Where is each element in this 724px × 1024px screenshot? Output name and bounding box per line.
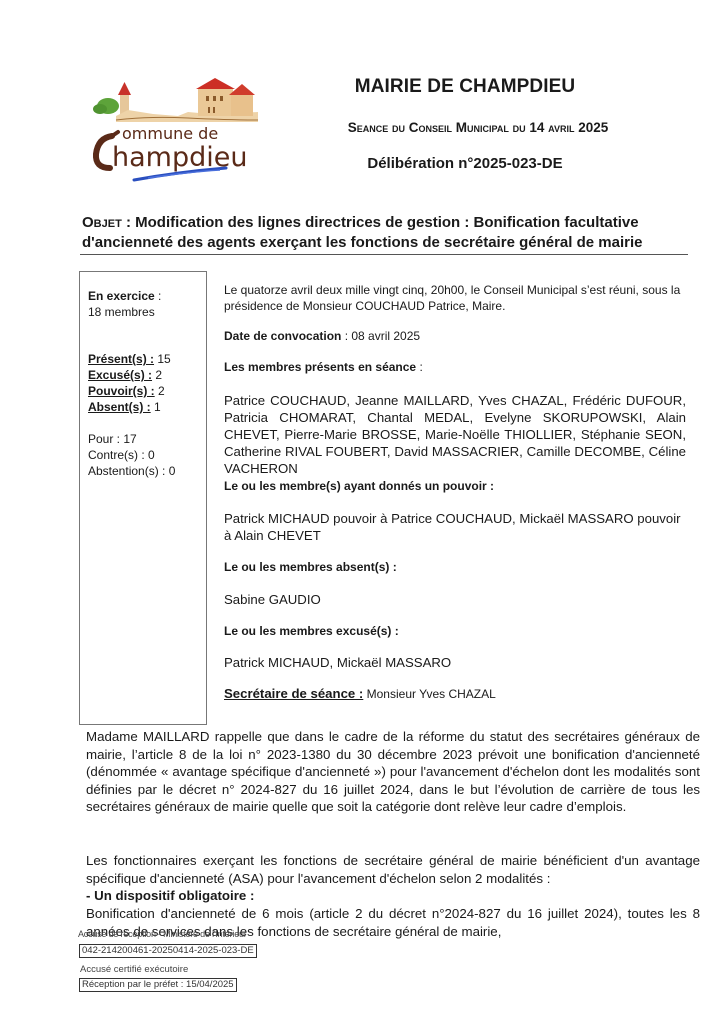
excuses-count: Excusé(s) : 2 xyxy=(88,368,162,384)
absents-heading: Le ou les membres absent(s) : xyxy=(224,560,686,576)
en-exercice-value: 18 membres xyxy=(88,305,155,321)
objet-text: : Modification des lignes directrices de… xyxy=(82,214,642,251)
deliberation-number: Délibération n°2025-023-DE xyxy=(300,155,630,172)
excuses-heading: Le ou les membres excusé(s) : xyxy=(224,624,686,640)
absents-list: Sabine GAUDIO xyxy=(224,592,686,608)
vote-pour: Pour : 17 xyxy=(88,432,137,448)
dispositif-heading: - Un dispositif obligatoire : xyxy=(86,887,700,905)
body-paragraph-2: Les fonctionnaires exerçant les fonction… xyxy=(86,852,700,887)
presents-heading: Les membres présents en séance : xyxy=(224,360,686,376)
session-intro: Le quatorze avril deux mille vingt cinq,… xyxy=(224,283,686,314)
svg-text:ommune de: ommune de xyxy=(122,124,218,143)
convocation-date: Date de convocation : 08 avril 2025 xyxy=(224,329,686,345)
objet-heading: Objet : Modification des lignes directri… xyxy=(82,213,692,253)
stamp-acte-id: 042-214200461-20250414-2025-023-DE xyxy=(79,944,257,958)
objet-separator xyxy=(80,254,688,255)
seance-subtitle: Seance du Conseil Municipal du 14 avril … xyxy=(318,120,638,135)
village-logo-icon: ommune de hampdieu xyxy=(88,76,268,188)
stamp-status: Accusé certifié exécutoire xyxy=(80,964,188,975)
excuses-list: Patrick MICHAUD, Mickaël MASSARO xyxy=(224,655,686,671)
pouvoirs-count: Pouvoir(s) : 2 xyxy=(88,384,165,400)
mairie-title: MAIRIE DE CHAMPDIEU xyxy=(300,76,630,98)
presents-list: Patrice COUCHAUD, Jeanne MAILLARD, Yves … xyxy=(224,392,686,477)
vote-contre: Contre(s) : 0 xyxy=(88,448,155,464)
presents-count: Présent(s) : 15 xyxy=(88,352,171,368)
objet-label: Objet xyxy=(82,214,122,231)
stamp-header: Accusé de réception - Ministère de l'Int… xyxy=(78,929,247,939)
absents-count: Absent(s) : 1 xyxy=(88,400,161,416)
vote-summary-box: En exercice : 18 membres Présent(s) : 15… xyxy=(79,271,207,725)
pouvoir-list: Patrick MICHAUD pouvoir à Patrice COUCHA… xyxy=(224,510,686,544)
vote-abstention: Abstention(s) : 0 xyxy=(88,464,175,480)
commune-logo: ommune de hampdieu xyxy=(88,76,268,188)
pouvoir-heading: Le ou les membre(s) ayant donnés un pouv… xyxy=(224,479,686,495)
deliberation-page: ommune de hampdieu MAIRIE DE CHAMPDIEU S… xyxy=(0,0,724,1024)
body-paragraph-1: Madame MAILLARD rappelle que dans le cad… xyxy=(86,728,700,816)
secretaire-seance: Secrétaire de séance : Monsieur Yves CHA… xyxy=(224,686,686,703)
stamp-reception-date: Réception par le préfet : 15/04/2025 xyxy=(79,978,237,992)
en-exercice-line: En exercice : xyxy=(88,289,161,305)
